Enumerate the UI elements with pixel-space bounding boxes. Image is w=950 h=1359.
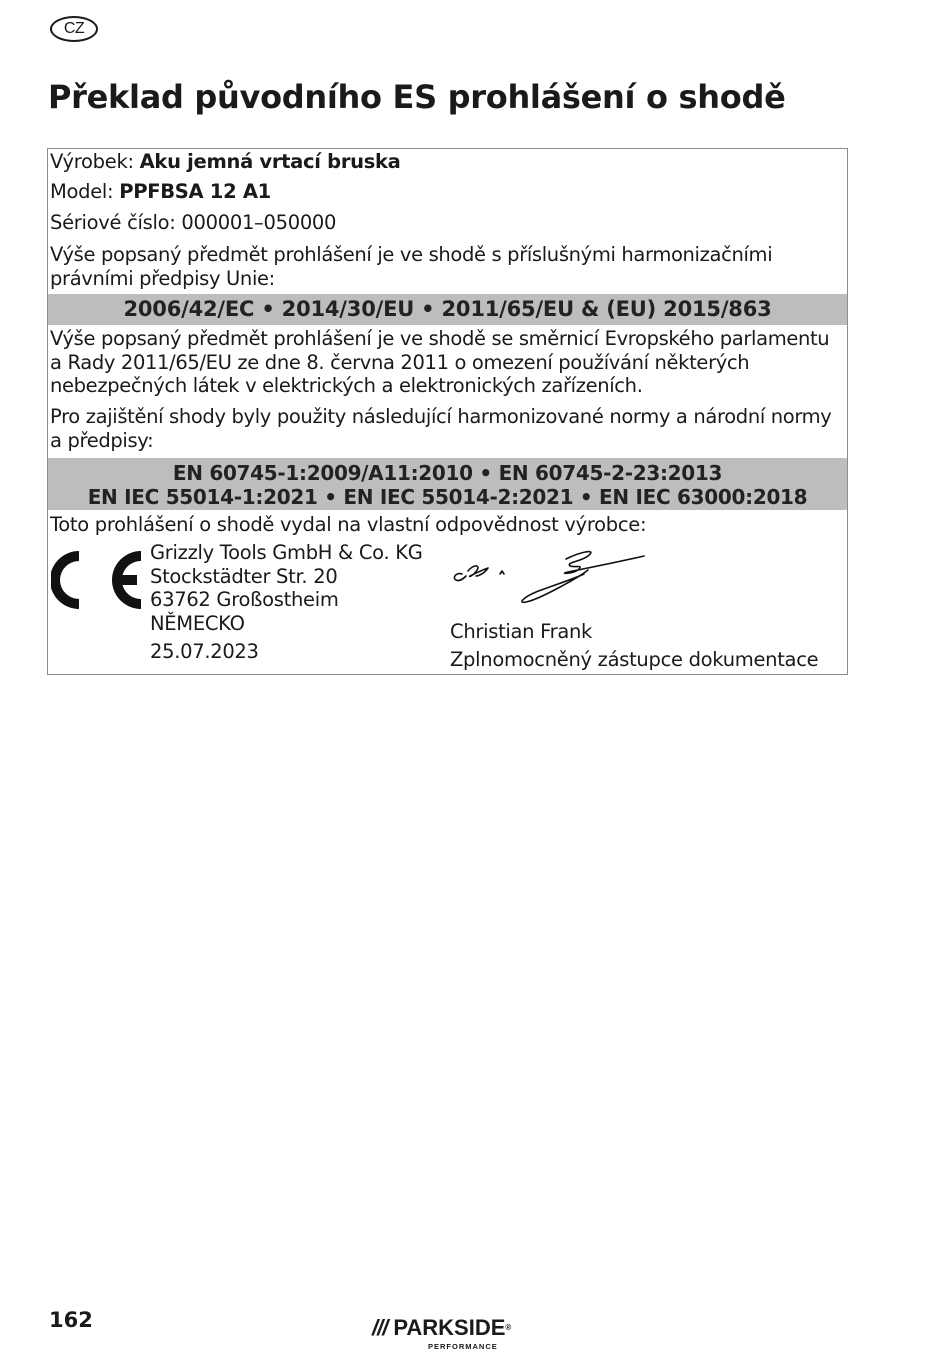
- declaration-box: Výrobek: Aku jemná vrtací bruska Model: …: [47, 148, 848, 675]
- model-value: PPFBSA 12 A1: [119, 180, 271, 203]
- registered-mark: ®: [505, 1323, 511, 1332]
- product-value: Aku jemná vrtací bruska: [140, 150, 401, 173]
- model-label: Model:: [50, 180, 119, 203]
- parkside-logo: ///PARKSIDE® PERFORMANCE: [372, 1316, 532, 1352]
- serial-line: Sériové číslo: 000001–050000: [50, 211, 336, 234]
- page-number: 162: [49, 1308, 93, 1332]
- brand-text: PARKSIDE: [393, 1315, 505, 1340]
- standards-line-2: EN IEC 55014-1:2021 • EN IEC 55014-2:202…: [48, 485, 847, 509]
- conformity-text: Výše popsaný předmět prohlášení je ve sh…: [50, 243, 843, 290]
- declaration-date: 25.07.2023: [150, 640, 423, 664]
- manufacturer-country: NĚMECKO: [150, 612, 423, 636]
- brand-slashes-icon: ///: [372, 1315, 387, 1340]
- page-title: Překlad původního ES prohlášení o shodě: [48, 78, 785, 116]
- product-label: Výrobek:: [50, 150, 140, 173]
- signer-name: Christian Frank: [450, 618, 818, 646]
- signer-block: Christian Frank Zplnomocněný zástupce do…: [450, 618, 818, 674]
- standards-intro: Pro zajištění shody byly použity následu…: [50, 405, 843, 452]
- product-line: Výrobek: Aku jemná vrtací bruska: [50, 150, 401, 173]
- manufacturer-street: Stockstädter Str. 20: [150, 565, 423, 589]
- brand-name: ///PARKSIDE®: [372, 1316, 532, 1340]
- language-badge: CZ: [50, 16, 98, 42]
- manufacturer-name: Grizzly Tools GmbH & Co. KG: [150, 541, 423, 565]
- signature-image: [448, 544, 658, 614]
- language-code: CZ: [64, 20, 84, 38]
- signer-role: Zplnomocněný zástupce dokumentace: [450, 646, 818, 674]
- brand-subtitle: PERFORMANCE: [428, 1342, 498, 1351]
- manufacturer-city: 63762 Großostheim: [150, 588, 423, 612]
- responsibility-text: Toto prohlášení o shodě vydal na vlastní…: [50, 513, 646, 536]
- ce-mark-icon: [51, 549, 143, 611]
- standards-line-1: EN 60745-1:2009/A11:2010 • EN 60745-2-23…: [48, 461, 847, 485]
- model-line: Model: PPFBSA 12 A1: [50, 180, 271, 203]
- serial-label: Sériové číslo:: [50, 211, 181, 234]
- standards-band: EN 60745-1:2009/A11:2010 • EN 60745-2-23…: [48, 458, 847, 510]
- directives-band: 2006/42/EC • 2014/30/EU • 2011/65/EU & (…: [48, 294, 847, 325]
- serial-value: 000001–050000: [181, 211, 336, 234]
- rohs-text: Výše popsaný předmět prohlášení je ve sh…: [50, 327, 843, 398]
- manufacturer-address: Grizzly Tools GmbH & Co. KG Stockstädter…: [150, 541, 423, 664]
